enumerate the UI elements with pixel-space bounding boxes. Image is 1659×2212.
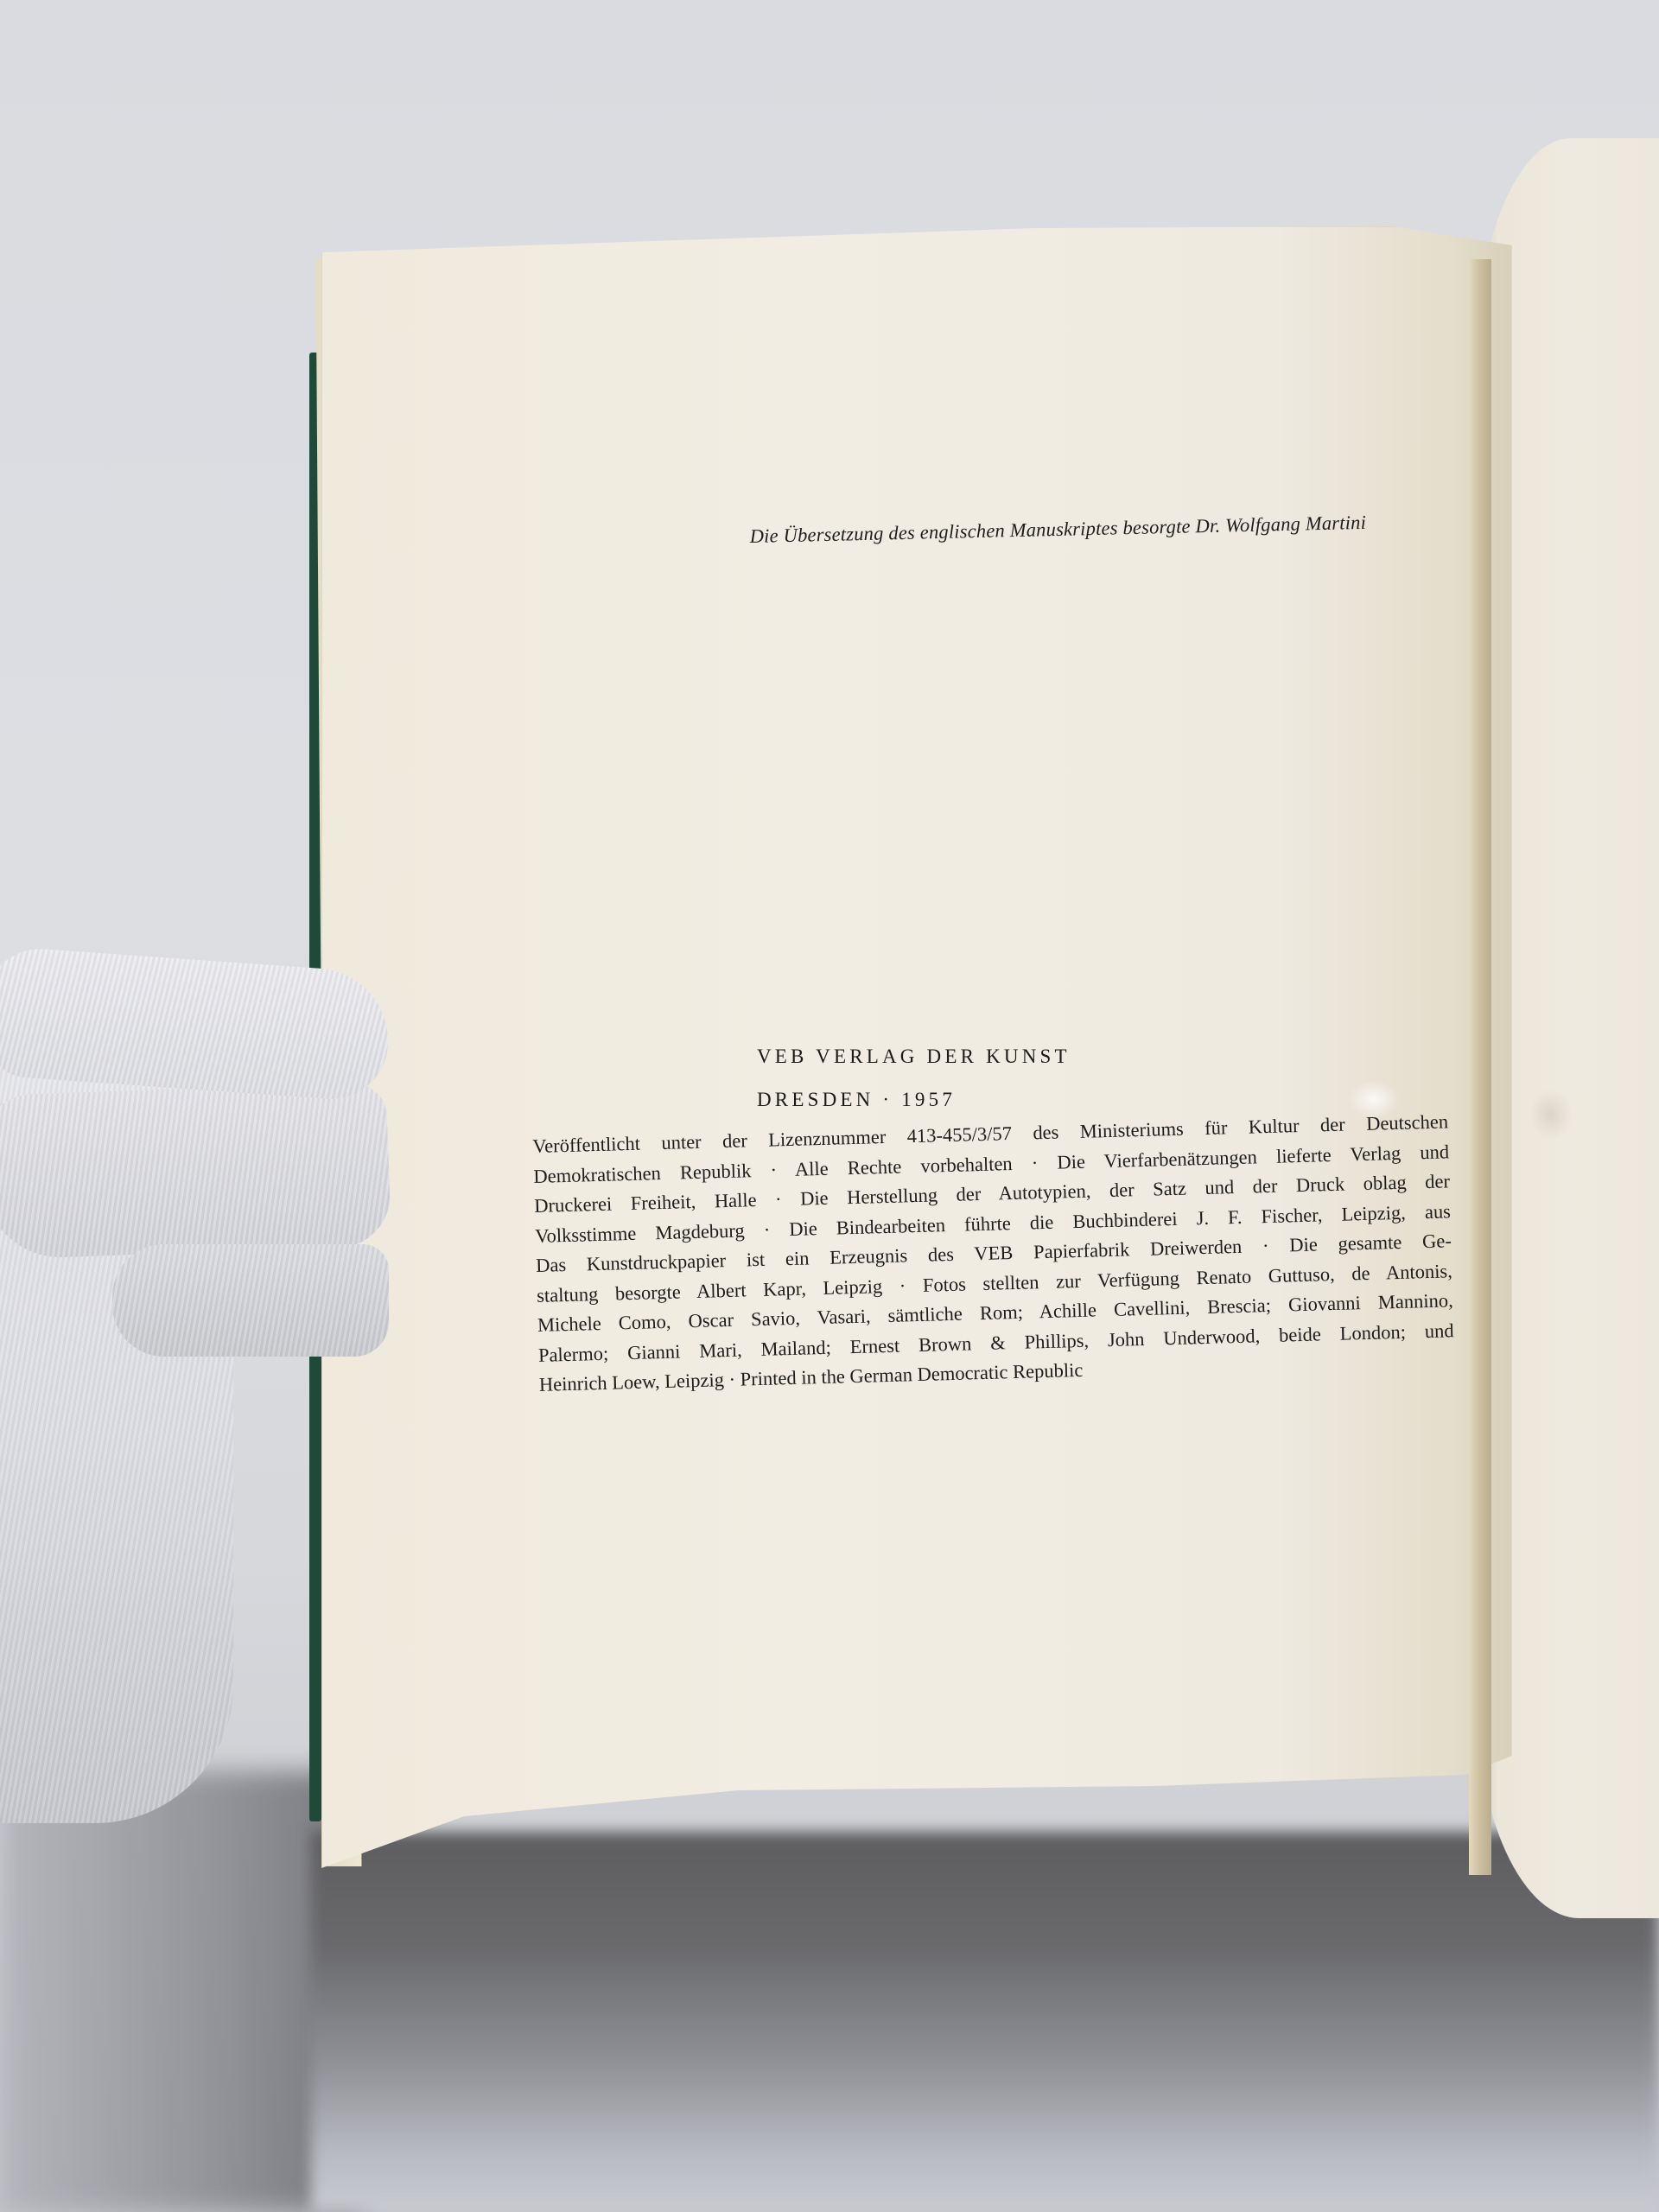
page-mark [1529,1089,1573,1141]
book-shadow [311,1832,1659,2212]
publisher-imprint: VEB VERLAG DER KUNST DRESDEN · 1957 [757,1035,1071,1122]
publisher-place-year: DRESDEN · 1957 [757,1078,1071,1122]
photo-scene: Die Übersetzung des englischen Manuskrip… [0,0,1659,2212]
hand-shadow [0,1771,363,2212]
glove-finger [112,1244,389,1357]
colophon-text: Veröffentlicht unter der Lizenznummer 41… [532,1107,1455,1400]
glove-thumb [0,945,393,1103]
white-gloved-hand [0,959,432,1823]
book-gutter [1469,259,1491,1875]
glove-finger [0,1082,391,1260]
publisher-name: VEB VERLAG DER KUNST [757,1035,1071,1078]
